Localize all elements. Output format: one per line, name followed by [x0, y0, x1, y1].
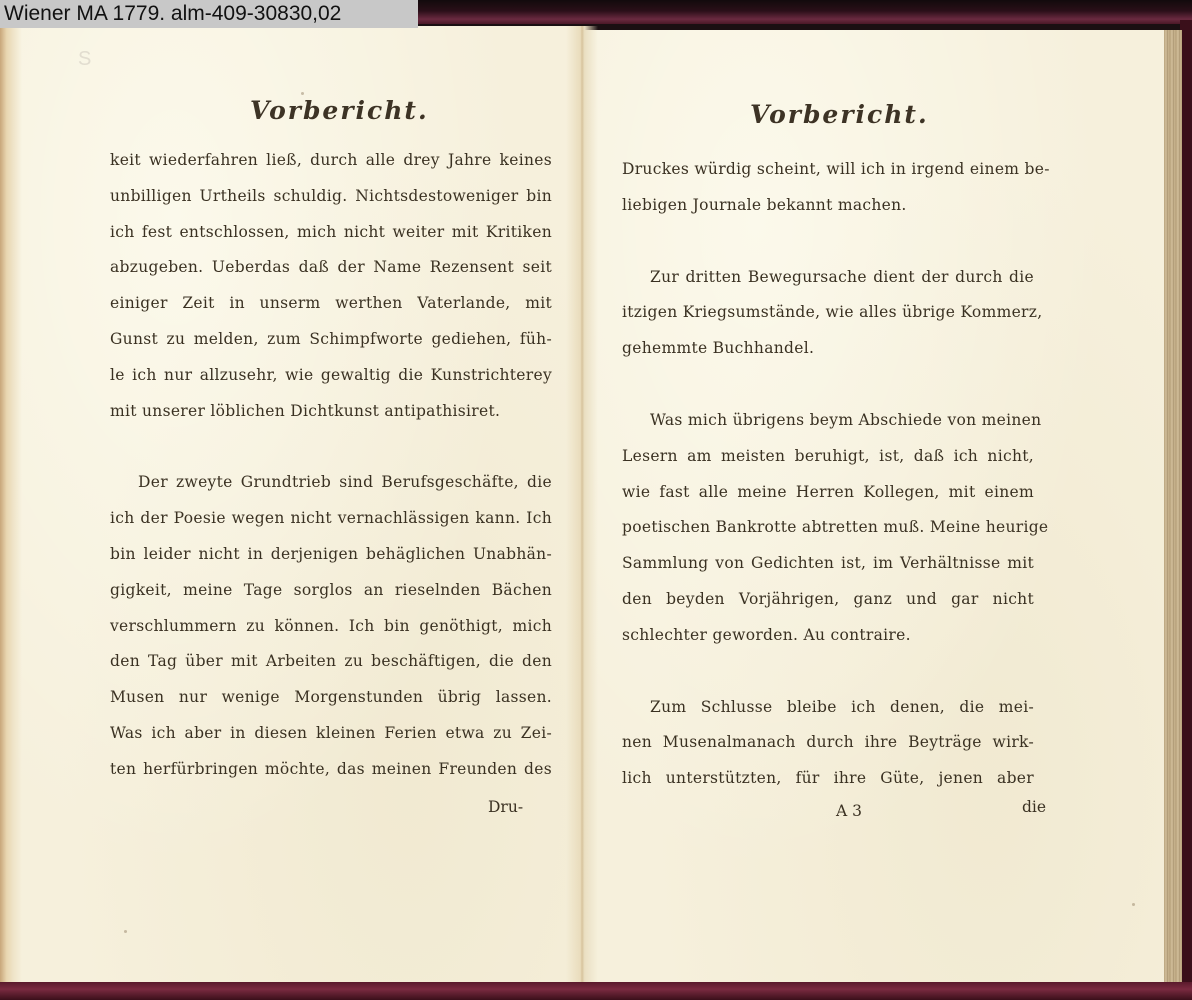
- text-line: den beyden Vorjährigen, ganz und gar nic…: [622, 582, 1034, 618]
- text-line: Musen nur wenige Morgenstunden übrig las…: [110, 680, 552, 716]
- text-line: Zur dritten Bewegursache dient der durch…: [622, 260, 1034, 296]
- text-line: Der zweyte Grundtrieb sind Berufsgeschäf…: [110, 465, 552, 501]
- right-catchword: die: [1022, 798, 1046, 816]
- text-line: lich unterstützten, für ihre Güte, jenen…: [622, 761, 1034, 797]
- signature-mark: A 3: [836, 802, 862, 820]
- paragraph-gap: [622, 654, 1034, 690]
- paper-speck: [1132, 903, 1135, 906]
- text-line: Gunst zu melden, zum Schimpfworte gedieh…: [110, 322, 552, 358]
- paper-speck: [301, 92, 304, 95]
- paragraph-gap: [622, 224, 1034, 260]
- paper-speck: [124, 930, 127, 933]
- text-line: ten herfürbringen möchte, das meinen Fre…: [110, 752, 552, 788]
- paragraph-gap: [110, 429, 552, 465]
- left-page-text: keit wiederfahren ließ, durch alle drey …: [110, 143, 552, 788]
- text-line: liebigen Journale bekannt machen.: [622, 188, 1034, 224]
- text-line: wie fast alle meine Herren Kollegen, mit…: [622, 475, 1034, 511]
- text-line: gehemmte Buchhandel.: [622, 331, 1034, 367]
- left-running-head: Vorbericht.: [250, 96, 429, 125]
- text-line: abzugeben. Ueberdas daß der Name Rezense…: [110, 250, 552, 286]
- page-fore-edge: [1162, 30, 1182, 990]
- left-page-edge-shadow: [0, 26, 22, 983]
- text-line: Druckes würdig scheint, will ich in irge…: [622, 152, 1034, 188]
- text-line: nen Musenalmanach durch ihre Beyträge wi…: [622, 725, 1034, 761]
- text-line: einiger Zeit in unserm werthen Vaterland…: [110, 286, 552, 322]
- text-line: bin leider nicht in derjenigen behäglich…: [110, 537, 552, 573]
- book-cover-bottom-edge: [0, 982, 1192, 1000]
- right-page-text: Druckes würdig scheint, will ich in irge…: [622, 152, 1034, 797]
- text-line: ich fest entschlossen, mich nicht weiter…: [110, 215, 552, 251]
- text-line: keit wiederfahren ließ, durch alle drey …: [110, 143, 552, 179]
- text-line: gigkeit, meine Tage sorglos an rieselnde…: [110, 573, 552, 609]
- ghost-watermark: S: [78, 48, 91, 71]
- paragraph-gap: [622, 367, 1034, 403]
- text-line: Was mich übrigens beym Abschiede von mei…: [622, 403, 1034, 439]
- image-caption-label: Wiener MA 1779. alm-409-30830,02: [0, 0, 418, 28]
- text-line: den Tag über mit Arbeiten zu beschäftige…: [110, 644, 552, 680]
- right-running-head: Vorbericht.: [750, 100, 929, 129]
- text-line: Sammlung von Gedichten ist, im Verhältni…: [622, 546, 1034, 582]
- book-spine-gutter: [566, 26, 598, 986]
- text-line: Zum Schlusse bleibe ich denen, die mei-: [622, 690, 1034, 726]
- text-line: itzigen Kriegsumstände, wie alles übrige…: [622, 295, 1034, 331]
- text-line: Lesern am meisten beruhigt, ist, daß ich…: [622, 439, 1034, 475]
- text-line: ich der Poesie wegen nicht vernachlässig…: [110, 501, 552, 537]
- text-line: le ich nur allzusehr, wie gewaltig die K…: [110, 358, 552, 394]
- left-catchword: Dru-: [488, 798, 523, 816]
- text-line: Was ich aber in diesen kleinen Ferien et…: [110, 716, 552, 752]
- text-line: unbilligen Urtheils schuldig. Nichtsdest…: [110, 179, 552, 215]
- text-line: verschlummern zu können. Ich bin genöthi…: [110, 609, 552, 645]
- text-line: schlechter geworden. Au contraire.: [622, 618, 1034, 654]
- text-line: poetischen Bankrotte abtretten muß. Mein…: [622, 510, 1034, 546]
- text-line: mit unserer löblichen Dichtkunst antipat…: [110, 394, 552, 430]
